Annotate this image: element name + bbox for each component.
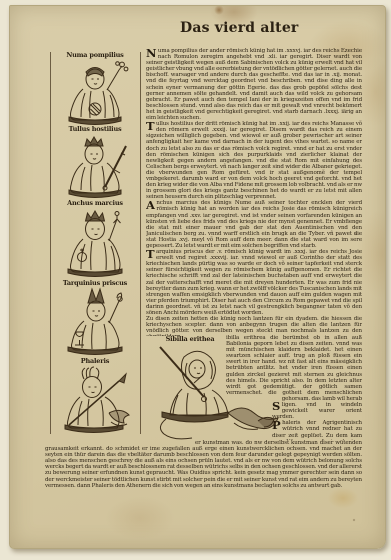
- king-with-orb-icon: [55, 207, 135, 277]
- genealogy-rule-left: [50, 52, 51, 434]
- bottom-text-block: er kunstman was. do nw derselbst kunstma…: [45, 440, 362, 498]
- king-with-tall-crown-icon: [55, 287, 135, 355]
- sibyl-label: Sibilla erithea: [146, 335, 226, 343]
- paragraph-phaleris-continued: er kunstman was. do nw derselbst kunstma…: [45, 440, 362, 489]
- paragraph-anchus-text: nchus marcius des künigs Nume auß seiner…: [146, 200, 362, 249]
- portrait-label-numa: Numa pompilius: [52, 51, 138, 59]
- sibyl-section: Sibilla erithea: [146, 335, 362, 440]
- sibyl-figure: Sibilla erithea: [146, 335, 226, 401]
- paragraph-lances-note: Zu disen zeiten hetten die künig noch la…: [146, 316, 362, 336]
- anchus-marcius-woodcut: [52, 207, 138, 277]
- paragraph-numa: Numa pompilius der ander römisch künig h…: [146, 48, 362, 121]
- page-title: Das vierd alter: [180, 20, 300, 36]
- numa-pompilius-woodcut: [52, 59, 138, 125]
- portrait-label-anchus: Anchus marcius: [52, 199, 138, 207]
- main-text-column: Numa pompilius der ander römisch künig h…: [146, 48, 362, 336]
- paragraph-lances-note-text: Zu disen zeiten hetten die künig noch la…: [146, 316, 362, 336]
- paragraph-tullus-text: ullus hostilius der dritt römisch künig …: [146, 121, 362, 200]
- portrait-label-tarquinius: Tarquinius priscus: [52, 279, 138, 287]
- paragraph-tarquinius-text: arquinius priscus der .v. römisch künig …: [146, 249, 362, 316]
- king-with-spear-and-foliage-icon: [53, 365, 137, 433]
- phaleris-woodcut: [52, 365, 138, 433]
- genealogy-rule-right: [140, 52, 141, 434]
- dropcap-n: N: [146, 48, 158, 59]
- king-with-sword-icon: [55, 133, 135, 198]
- dropcap-t: T: [146, 121, 156, 132]
- paragraph-tarquinius: Tarquinius priscus der .v. römisch künig…: [146, 249, 362, 316]
- portrait-label-tullus: Tullus hostilius: [52, 125, 138, 133]
- portrait-label-phaleris: Phaleris: [52, 357, 138, 365]
- dropcap-t2: T: [146, 249, 156, 260]
- dropcap-a: A: [146, 200, 156, 211]
- tullus-hostilius-woodcut: [52, 133, 138, 198]
- tarquinius-priscus-woodcut: [52, 287, 138, 355]
- king-with-flowers-icon: [55, 59, 135, 125]
- paragraph-tullus: Tullus hostilius der dritt römisch künig…: [146, 121, 362, 200]
- sibyl-with-sword-icon: [146, 343, 292, 440]
- paragraph-anchus: Anchus marcius des künigs Nume auß seine…: [146, 200, 362, 249]
- manuscript-page: Das vierd alter Numa pompilius Tullus ho…: [9, 5, 386, 549]
- paragraph-phaleris-continued-text: er kunstman was. do nw derselbst kunstma…: [45, 440, 362, 489]
- paragraph-numa-text: uma pompilius der ander römisch künig ha…: [146, 48, 362, 121]
- scanned-book-page: { "heading": "Das vierd alter", "portrai…: [0, 0, 391, 560]
